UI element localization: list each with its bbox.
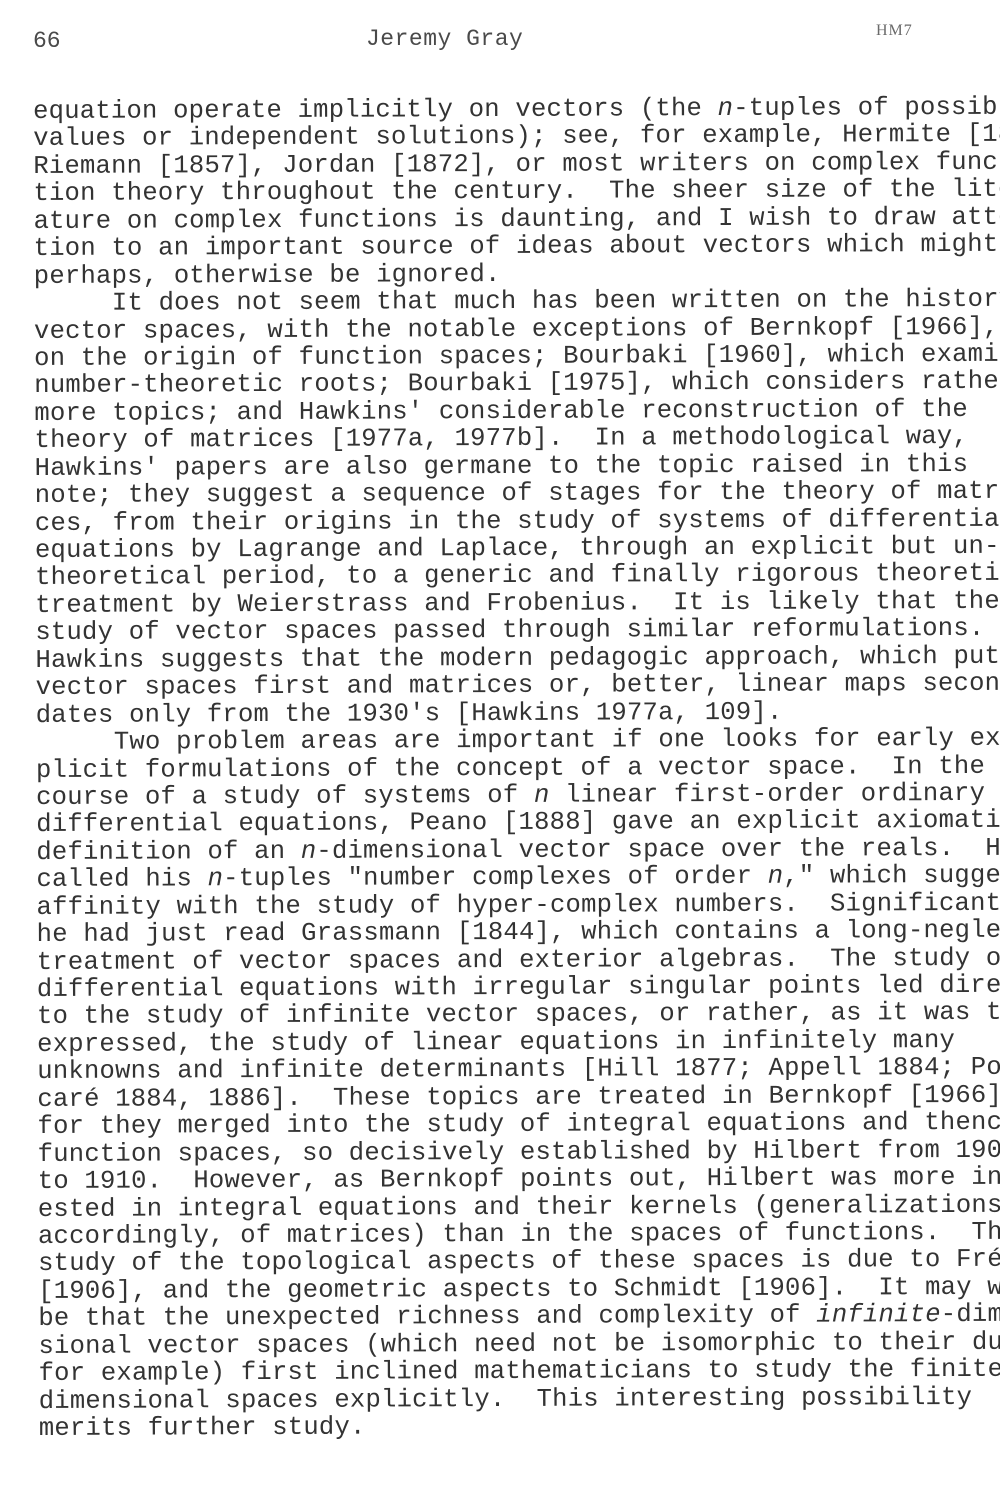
text-line: vector spaces first and matrices or, bet… <box>36 670 976 702</box>
journal-mark: HM7 <box>876 22 913 40</box>
body-text: equation operate implicitly on vectors (… <box>33 94 979 1443</box>
text-line: merits further study. <box>39 1411 979 1443</box>
italic-term: n <box>718 94 734 123</box>
italic-term: n <box>768 862 784 891</box>
page-number: 66 <box>33 28 61 54</box>
italic-term: infinite <box>816 1300 941 1330</box>
page-header: 66 Jeremy Gray HM7 <box>0 22 1000 56</box>
text-line: tion to an important source of ideas abo… <box>34 231 974 263</box>
document-page: 66 Jeremy Gray HM7 equation operate impl… <box>0 0 1000 1494</box>
italic-term: n <box>534 781 550 810</box>
italic-term: n <box>301 837 317 866</box>
text-line: dimensional spaces explicitly. This inte… <box>39 1383 979 1415</box>
running-title: Jeremy Gray <box>366 26 523 52</box>
italic-term: n <box>208 864 224 893</box>
